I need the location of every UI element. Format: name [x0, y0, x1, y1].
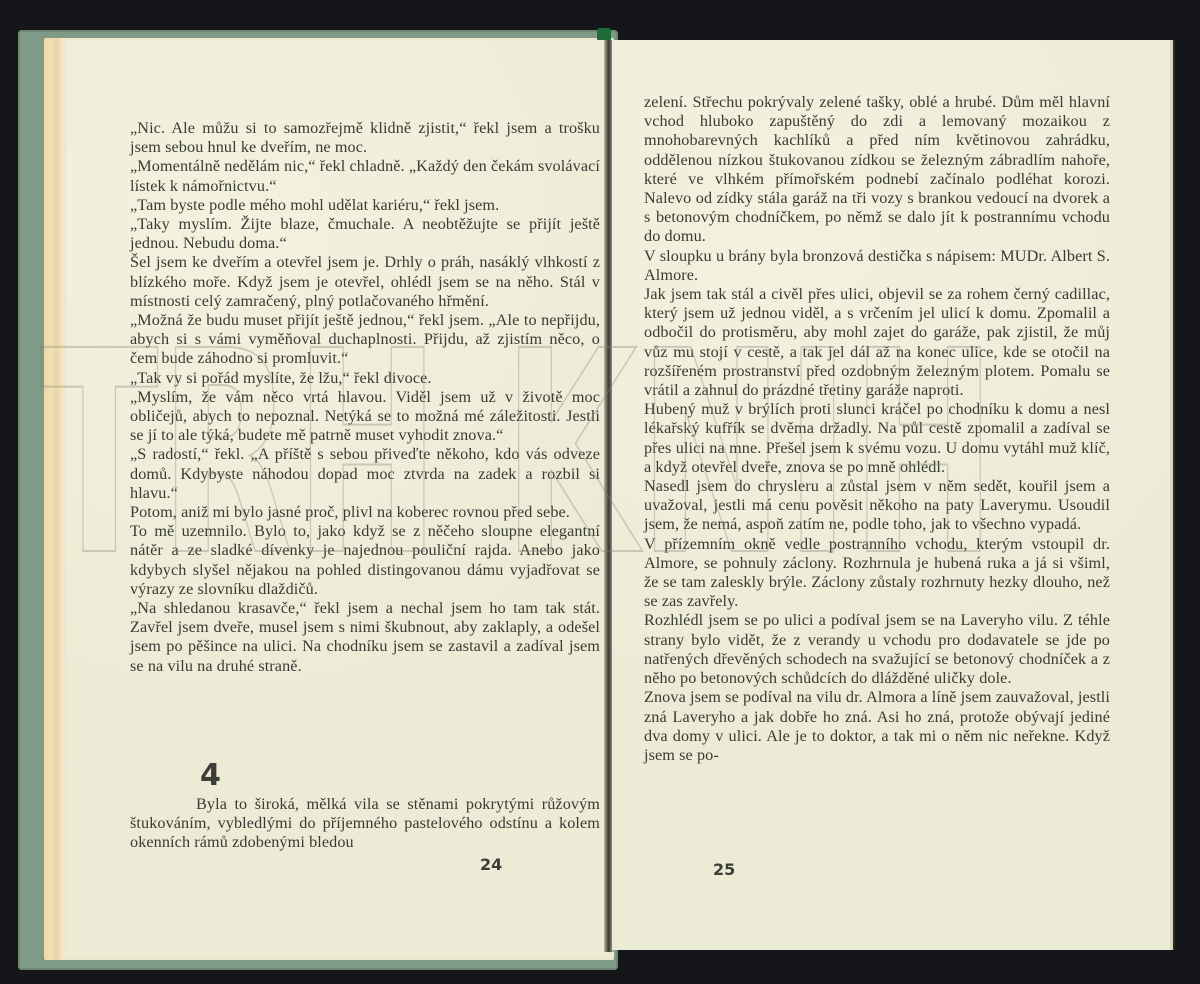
paragraph: „Myslím, že vám něco vrtá hlavou. Viděl …	[130, 388, 600, 446]
paragraph: „Možná že budu muset přijít ještě jednou…	[130, 311, 600, 369]
chapter-body: Byla to široká, mělká vila se stěnami po…	[130, 795, 600, 853]
paragraph: zelení. Střechu pokrývaly zelené tašky, …	[644, 93, 1110, 247]
paragraph: „Tak vy si pořád myslíte, že lžu,“ řekl …	[130, 369, 600, 388]
paragraph: „Tam byste podle mého mohl udělat kariér…	[130, 196, 600, 215]
paragraph: Šel jsem ke dveřím a otevřel jsem je. Dr…	[130, 253, 600, 311]
chapter-number: 4	[200, 758, 221, 793]
paragraph: „Na shledanou krasavče,“ řekl jsem a nec…	[130, 599, 600, 676]
paragraph: „Momentálně nedělám nic,“ řekl chladně. …	[130, 157, 600, 195]
page-number: 25	[713, 860, 735, 879]
paragraph: „Taky myslím. Žijte blaze, čmuchale. A n…	[130, 215, 600, 253]
paragraph: Hubený muž v brýlích proti slunci kráčel…	[644, 400, 1110, 477]
paragraph: Potom, aniž mi bylo jasné proč, plivl na…	[130, 503, 600, 522]
paragraph: Rozhlédl jsem se po ulici a podíval jsem…	[644, 611, 1110, 688]
paragraph: Jak jsem tak stál a civěl přes ulici, ob…	[644, 285, 1110, 400]
right-page-body: zelení. Střechu pokrývaly zelené tašky, …	[644, 93, 1110, 765]
paragraph: To mě uzemnilo. Bylo to, jako když se z …	[130, 522, 600, 599]
left-page-body: „Nic. Ale můžu si to samozřejmě klidně z…	[130, 119, 600, 676]
left-page: „Nic. Ale můžu si to samozřejmě klidně z…	[66, 40, 608, 956]
page-number: 24	[480, 855, 502, 874]
paragraph: „Nic. Ale můžu si to samozřejmě klidně z…	[130, 119, 600, 157]
paragraph: Nasedl jsem do chrysleru a zůstal jsem v…	[644, 477, 1110, 535]
paragraph: „S radostí,“ řekl. „A příště s sebou při…	[130, 445, 600, 503]
paragraph: Byla to široká, mělká vila se stěnami po…	[130, 795, 600, 853]
right-page: zelení. Střechu pokrývaly zelené tašky, …	[612, 40, 1170, 950]
paragraph: V sloupku u brány byla bronzová destička…	[644, 247, 1110, 285]
paragraph: V přízemním okně vedle postranního vchod…	[644, 535, 1110, 612]
paragraph: Znova jsem se podíval na vilu dr. Almora…	[644, 688, 1110, 765]
